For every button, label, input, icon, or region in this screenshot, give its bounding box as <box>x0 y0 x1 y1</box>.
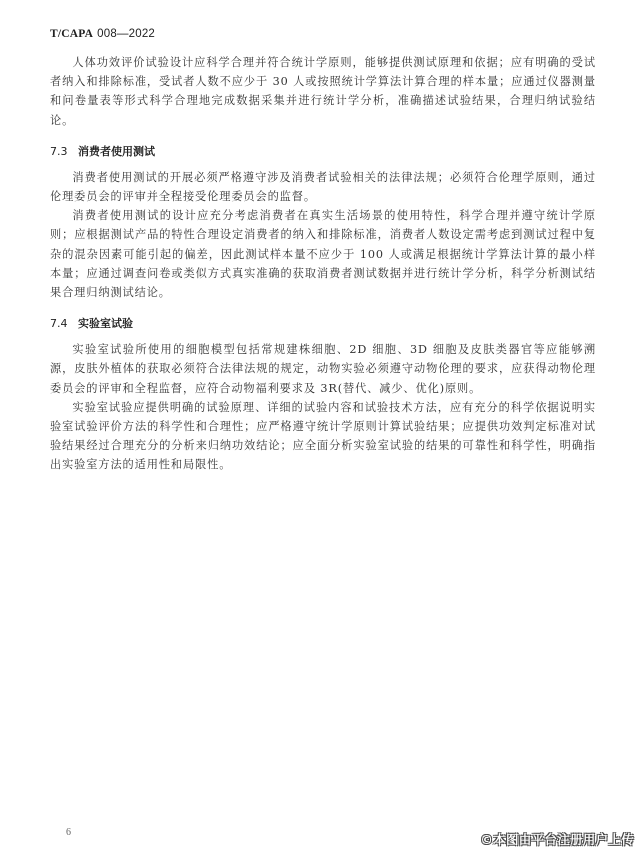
page-number: 6 <box>66 827 71 838</box>
upload-watermark: ©本图由平台注册用户上传 <box>480 830 634 848</box>
document-body: 人体功效评价试验设计应科学合理并符合统计学原则，能够提供测试原理和依据；应有明确… <box>50 53 596 475</box>
standard-number: 008—2022 <box>97 28 155 40</box>
intro-paragraph: 人体功效评价试验设计应科学合理并符合统计学原则，能够提供测试原理和依据；应有明确… <box>50 53 596 130</box>
section-number: 7.4 <box>50 316 78 332</box>
section-title: 消费者使用测试 <box>78 145 155 158</box>
section-heading-7-4: 7.4实验室试验 <box>50 316 596 332</box>
section-paragraph: 消费者使用测试的设计应充分考虑消费者在真实生活场景的使用特性，科学合理并遵守统计… <box>50 206 596 302</box>
section-heading-7-3: 7.3消费者使用测试 <box>50 144 596 160</box>
section-number: 7.3 <box>50 144 78 160</box>
section-title: 实验室试验 <box>78 317 133 330</box>
document-standard-code: T/CAPA008—2022 <box>50 28 155 40</box>
section-paragraph: 实验室试验所使用的细胞模型包括常规建株细胞、2D 细胞、3D 细胞及皮肤类器官等… <box>50 340 596 398</box>
section-paragraph: 实验室试验应提供明确的试验原理、详细的试验内容和试验技术方法，应有充分的科学依据… <box>50 398 596 475</box>
standard-prefix: T/CAPA <box>50 28 93 40</box>
section-paragraph: 消费者使用测试的开展必须严格遵守涉及消费者试验相关的法律法规；必须符合伦理学原则… <box>50 168 596 206</box>
